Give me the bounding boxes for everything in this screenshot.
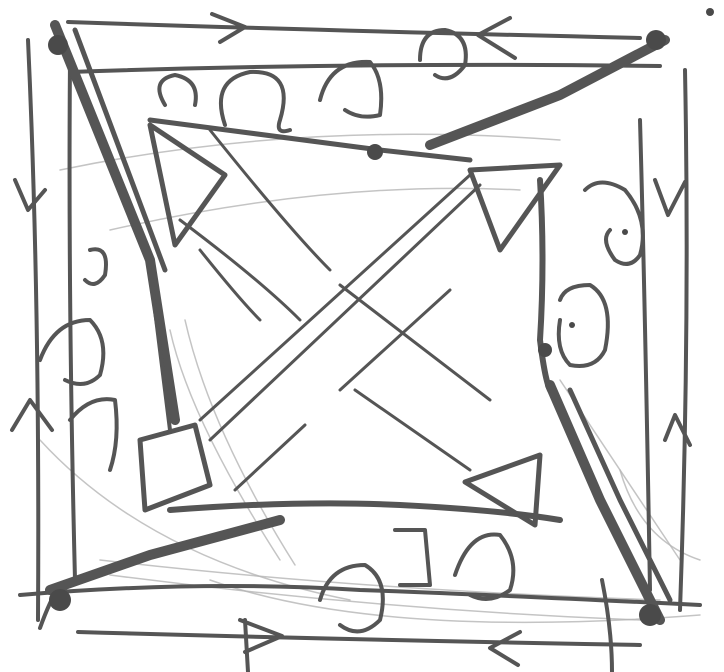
joint-node-top [367,144,383,160]
ink-dot-top-right [706,8,714,16]
ink-dot-loop-right-2 [569,322,575,328]
ink-sketch-diagram [0,0,724,672]
corner-node-bottom-left [49,589,71,611]
corner-node-top-right [646,30,666,50]
corner-node-bottom-right [639,604,661,626]
ink-dot-loop-right [622,229,628,235]
joint-node-right [538,343,552,357]
corner-node-top-left [48,35,68,55]
